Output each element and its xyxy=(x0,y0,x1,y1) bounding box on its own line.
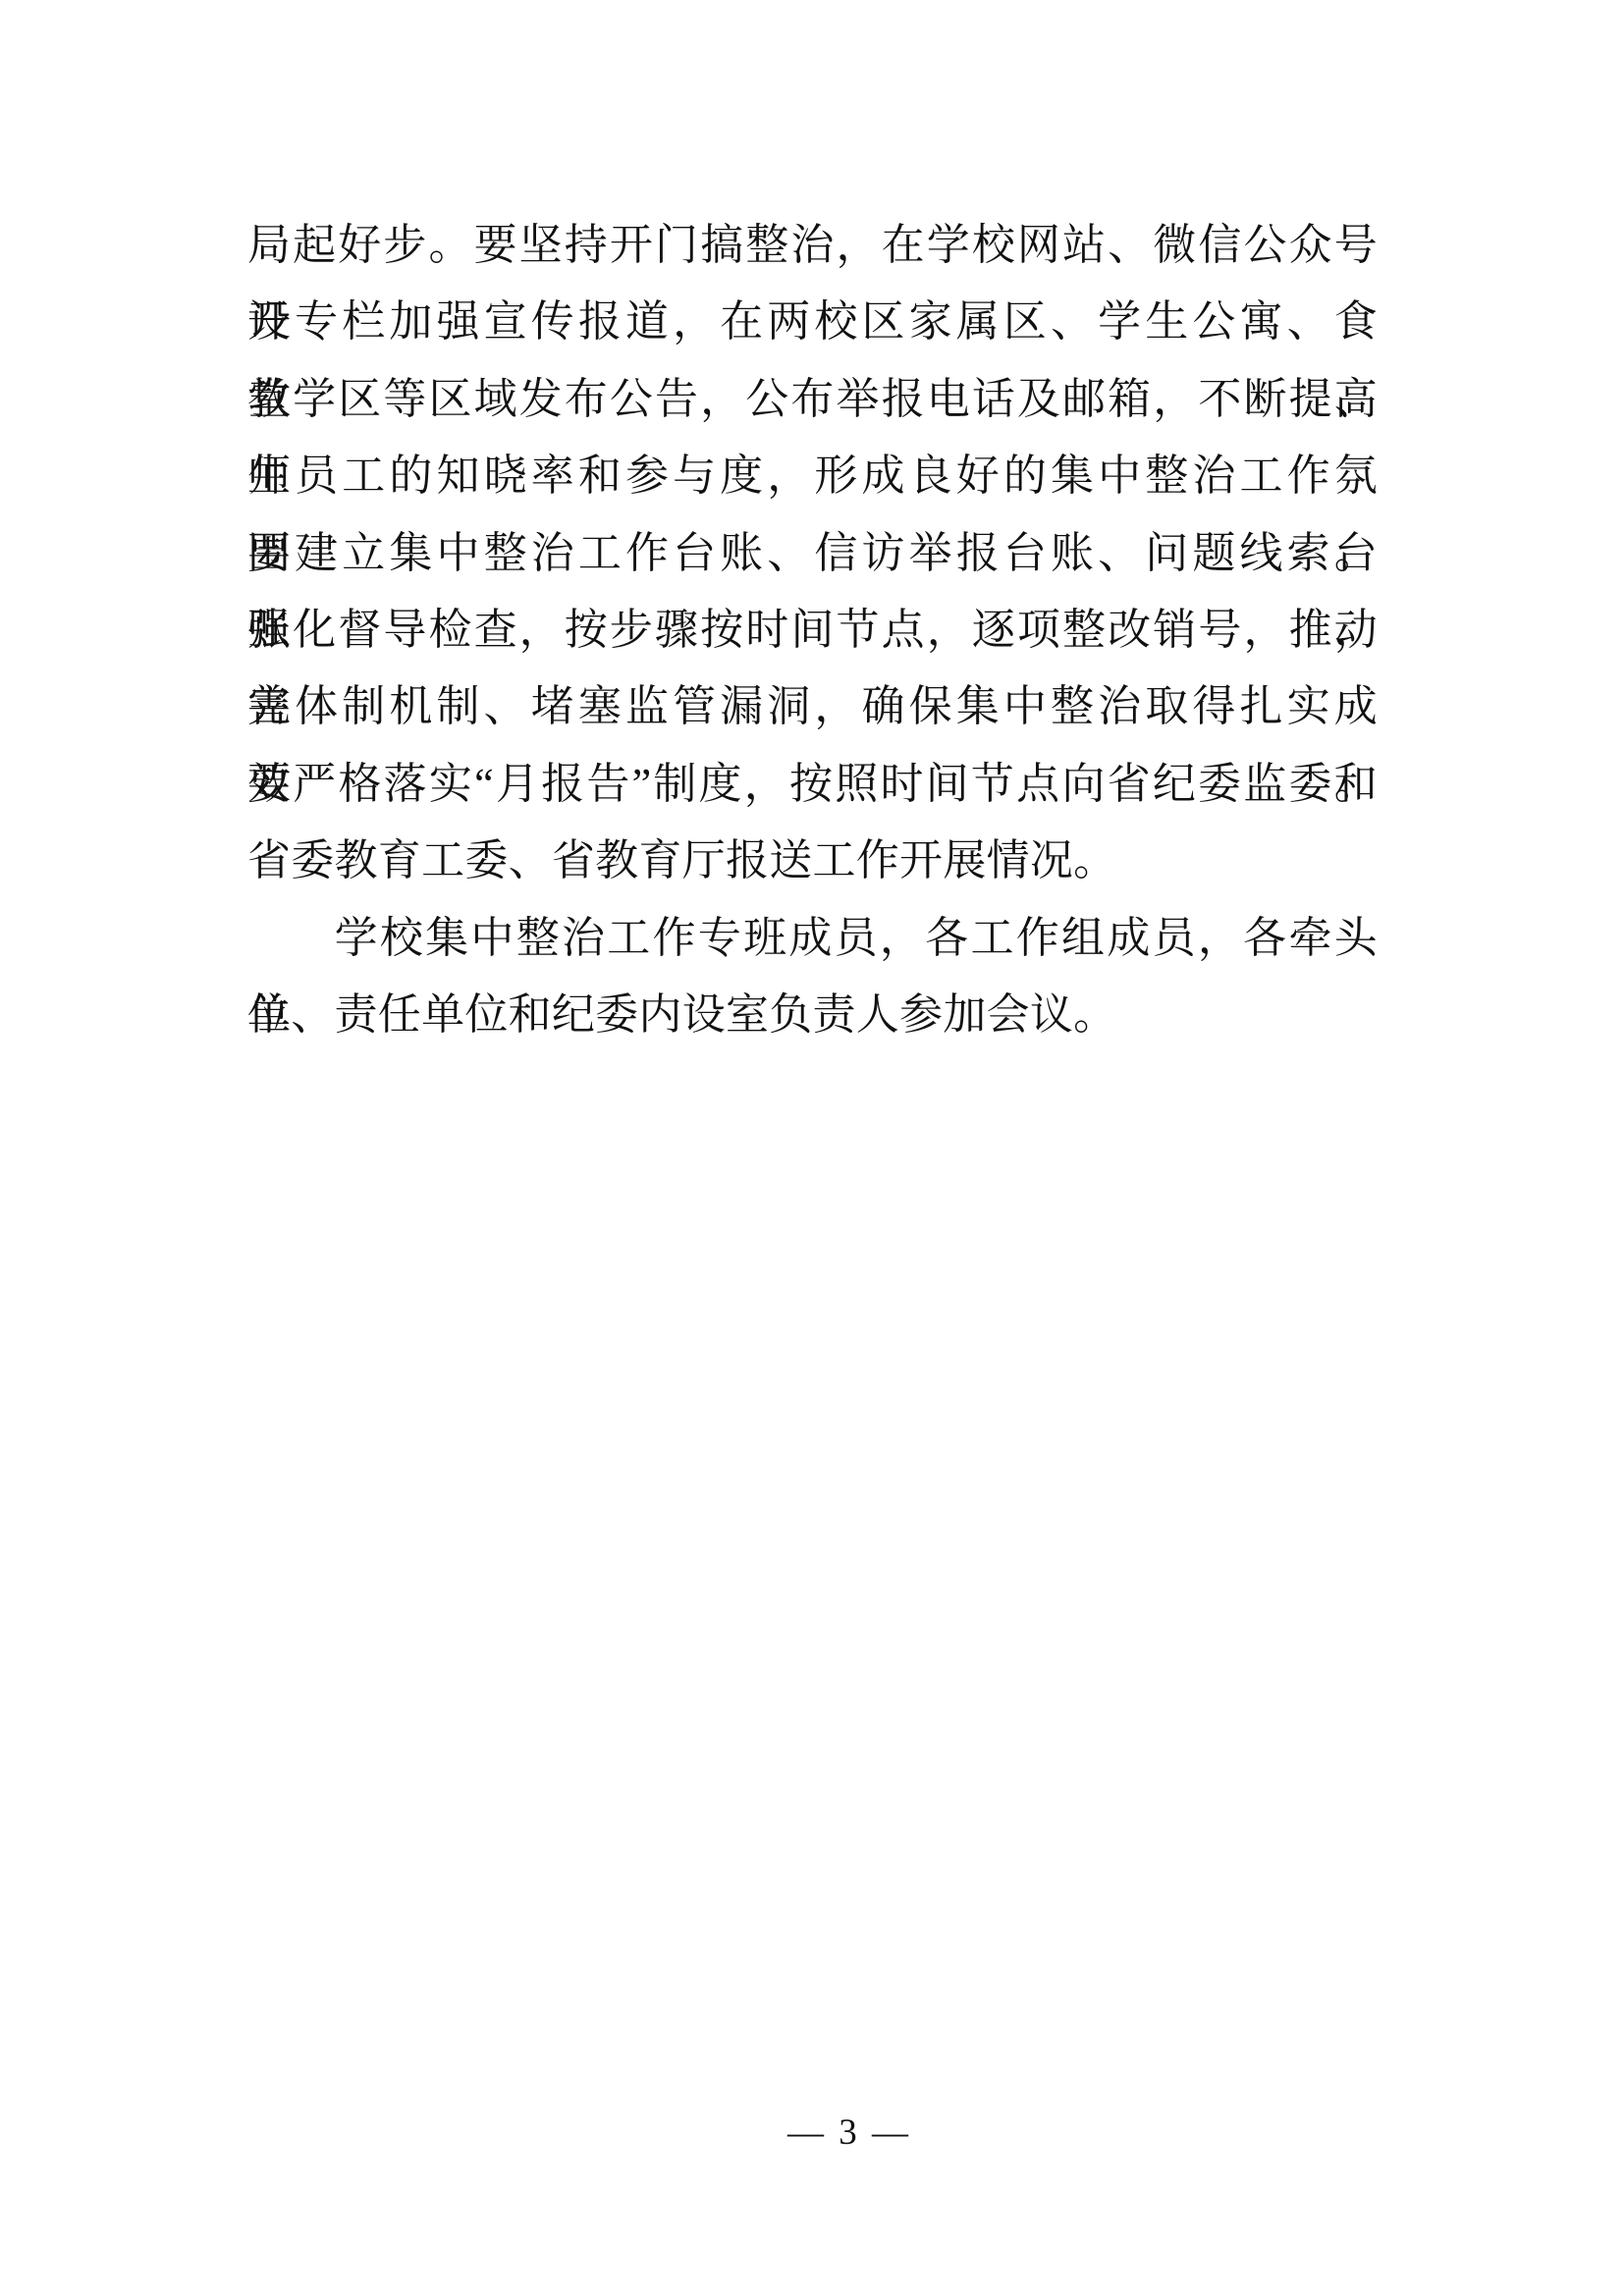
text-line: 位、责任单位和纪委内设室负责人参加会议。 xyxy=(247,977,1378,1053)
text-line: 局起好步。要坚持开门搞整治，在学校网站、微信公众号开 xyxy=(247,207,1378,284)
text-line paragraph-start: 学校集中整治工作专班成员，各工作组成员，各牵头单 xyxy=(247,900,1378,977)
text-line: 强化督导检查，按步骤按时间节点，逐项整改销号，推动完 xyxy=(247,592,1378,668)
page-footer: — 3 — xyxy=(787,2112,911,2154)
page-number: — 3 — xyxy=(787,2112,911,2153)
text-line: 教学区等区域发布公告，公布举报电话及邮箱，不断提高师 xyxy=(247,361,1378,438)
text-line: 省委教育工委、省教育厅报送工作开展情况。 xyxy=(247,823,1378,899)
text-line: 设专栏加强宣传报道，在两校区家属区、学生公寓、食堂、 xyxy=(247,284,1378,360)
text-line: 要严格落实“月报告”制度，按照时间节点向省纪委监委和 xyxy=(247,746,1378,823)
text-line: 生员工的知晓率和参与度，形成良好的集中整治工作氛围。 xyxy=(247,438,1378,514)
text-line: 要建立集中整治工作台账、信访举报台账、问题线索台账， xyxy=(247,515,1378,592)
text-line: 善体制机制、堵塞监管漏洞，确保集中整治取得扎实成效。 xyxy=(247,668,1378,745)
document-page: 局起好步。要坚持开门搞整治，在学校网站、微信公众号开 设专栏加强宣传报道，在两校… xyxy=(0,0,1624,2296)
document-body: 局起好步。要坚持开门搞整治，在学校网站、微信公众号开 设专栏加强宣传报道，在两校… xyxy=(247,207,1378,1053)
